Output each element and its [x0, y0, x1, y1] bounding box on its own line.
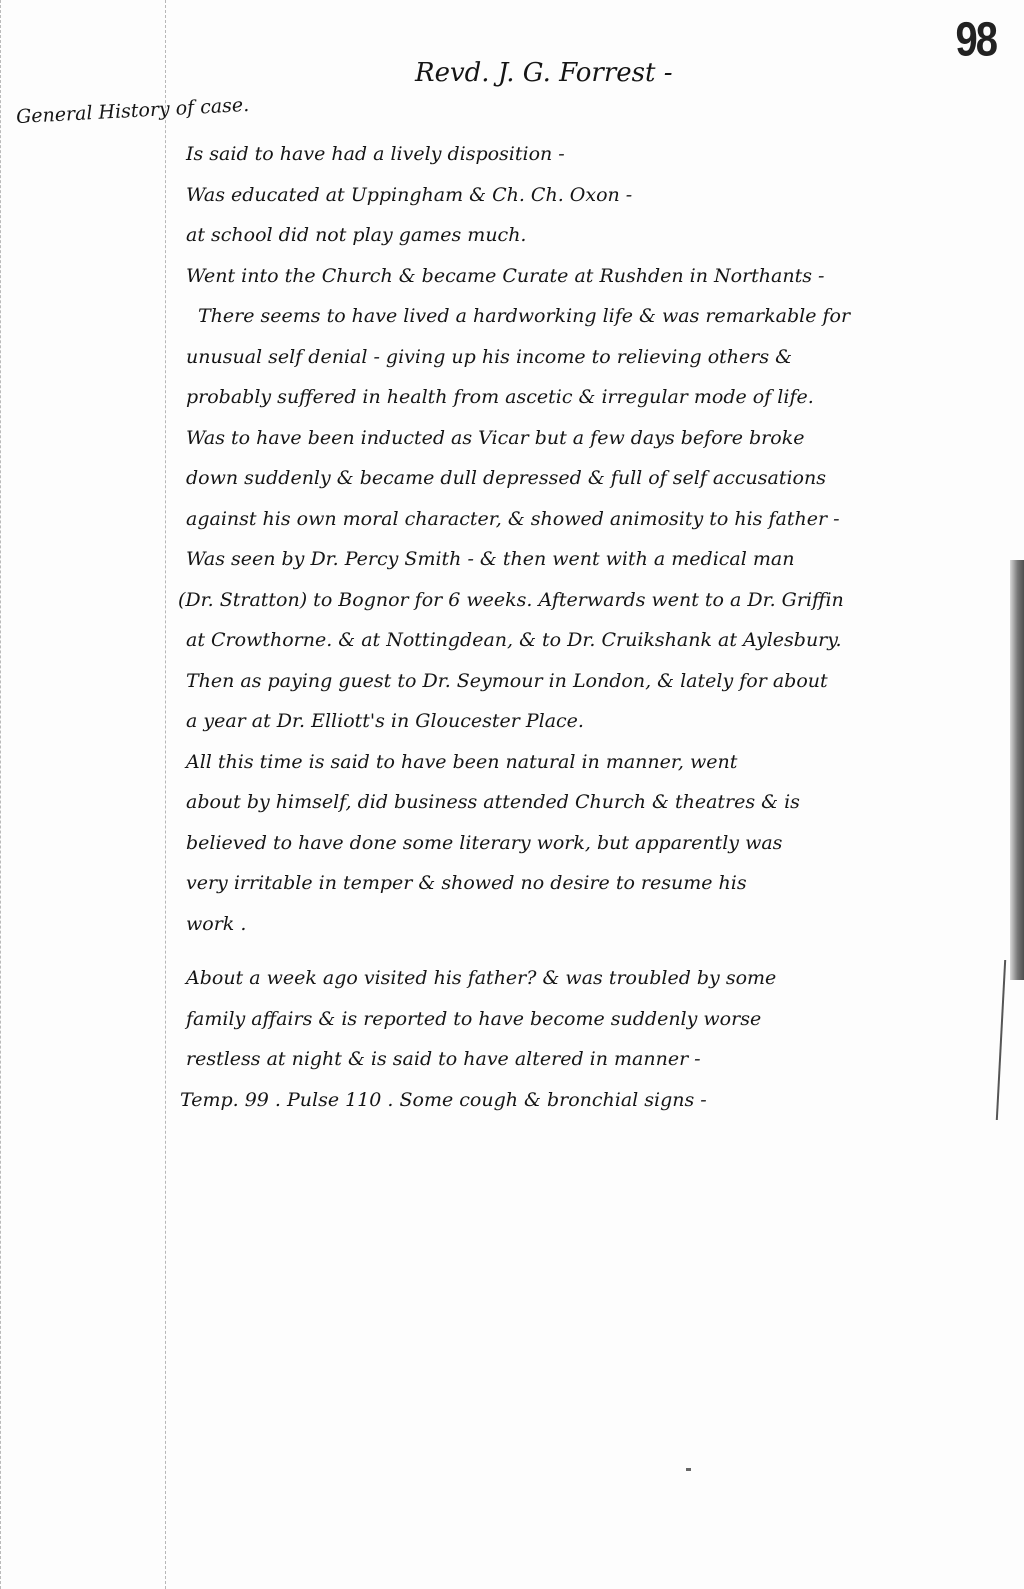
page-left-edge	[0, 0, 3, 1589]
scanned-page: 98 Revd. J. G. Forrest - General History…	[0, 0, 1024, 1589]
handwritten-line: unusual self denial - giving up his inco…	[178, 337, 998, 378]
paper-speck	[686, 1468, 691, 1471]
handwritten-line: There seems to have lived a hardworking …	[178, 296, 998, 337]
handwritten-line: All this time is said to have been natur…	[178, 742, 998, 783]
handwritten-line: Is said to have had a lively disposition…	[178, 134, 998, 175]
handwritten-line: believed to have done some literary work…	[178, 823, 998, 864]
handwritten-line: family affairs & is reported to have bec…	[178, 999, 998, 1040]
handwritten-line: probably suffered in health from ascetic…	[178, 377, 998, 418]
case-title: Revd. J. G. Forrest -	[415, 58, 673, 88]
handwritten-line: Temp. 99 . Pulse 110 . Some cough & bron…	[178, 1080, 998, 1121]
handwritten-line: (Dr. Stratton) to Bognor for 6 weeks. Af…	[178, 580, 998, 621]
handwritten-line: very irritable in temper & showed no des…	[178, 863, 998, 904]
handwritten-line: Was educated at Uppingham & Ch. Ch. Oxon…	[178, 175, 998, 216]
page-number: 98	[956, 13, 997, 67]
handwritten-line: against his own moral character, & showe…	[178, 499, 998, 540]
handwritten-line: About a week ago visited his father? & w…	[178, 958, 998, 999]
handwritten-line: Was to have been inducted as Vicar but a…	[178, 418, 998, 459]
margin-rule	[165, 0, 166, 1589]
handwritten-line: a year at Dr. Elliott's in Gloucester Pl…	[178, 701, 998, 742]
margin-heading: General History of case.	[16, 94, 250, 128]
handwritten-line: Then as paying guest to Dr. Seymour in L…	[178, 661, 998, 702]
binding-shadow	[1010, 560, 1024, 980]
handwritten-line: restless at night & is said to have alte…	[178, 1039, 998, 1080]
handwritten-line: at Crowthorne. & at Nottingdean, & to Dr…	[178, 620, 998, 661]
handwritten-line: work .	[178, 904, 998, 945]
case-history-body: Is said to have had a lively disposition…	[178, 134, 998, 1120]
handwritten-line: down suddenly & became dull depressed & …	[178, 458, 998, 499]
handwritten-line: Went into the Church & became Curate at …	[178, 256, 998, 297]
handwritten-line: Was seen by Dr. Percy Smith - & then wen…	[178, 539, 998, 580]
handwritten-line: at school did not play games much.	[178, 215, 998, 256]
handwritten-line: about by himself, did business attended …	[178, 782, 998, 823]
